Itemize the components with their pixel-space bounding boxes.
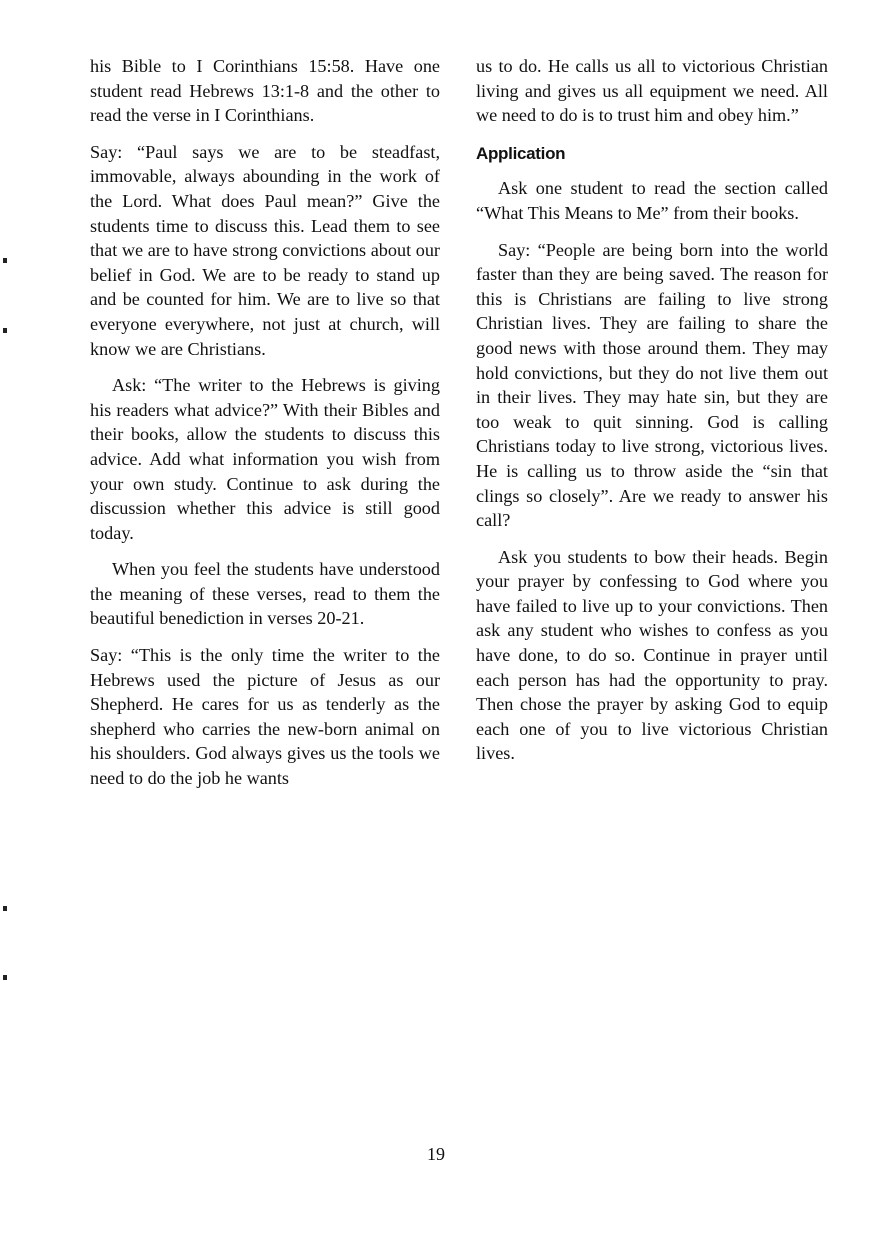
section-heading: Application: [476, 142, 828, 167]
paragraph: his Bible to I Corinthians 15:58. Have o…: [90, 54, 440, 128]
document-page: his Bible to I Corinthians 15:58. Have o…: [0, 0, 872, 1239]
margin-speck: [3, 328, 7, 333]
paragraph: Say: “Paul says we are to be steadfast, …: [90, 140, 440, 361]
paragraph: Ask: “The writer to the Hebrews is givin…: [90, 373, 440, 545]
paragraph: Ask you students to bow their heads. Beg…: [476, 545, 828, 766]
margin-speck: [3, 906, 7, 911]
paragraph: When you feel the students have understo…: [90, 557, 440, 631]
left-column: his Bible to I Corinthians 15:58. Have o…: [90, 54, 440, 803]
margin-speck: [3, 258, 7, 263]
paragraph: us to do. He calls us all to victorious …: [476, 54, 828, 128]
margin-speck: [3, 975, 7, 980]
paragraph: Say: “This is the only time the writer t…: [90, 643, 440, 791]
page-number: 19: [0, 1144, 872, 1165]
paragraph: Ask one student to read the section call…: [476, 176, 828, 225]
right-column: us to do. He calls us all to victorious …: [476, 54, 828, 778]
paragraph: Say: “People are being born into the wor…: [476, 238, 828, 533]
